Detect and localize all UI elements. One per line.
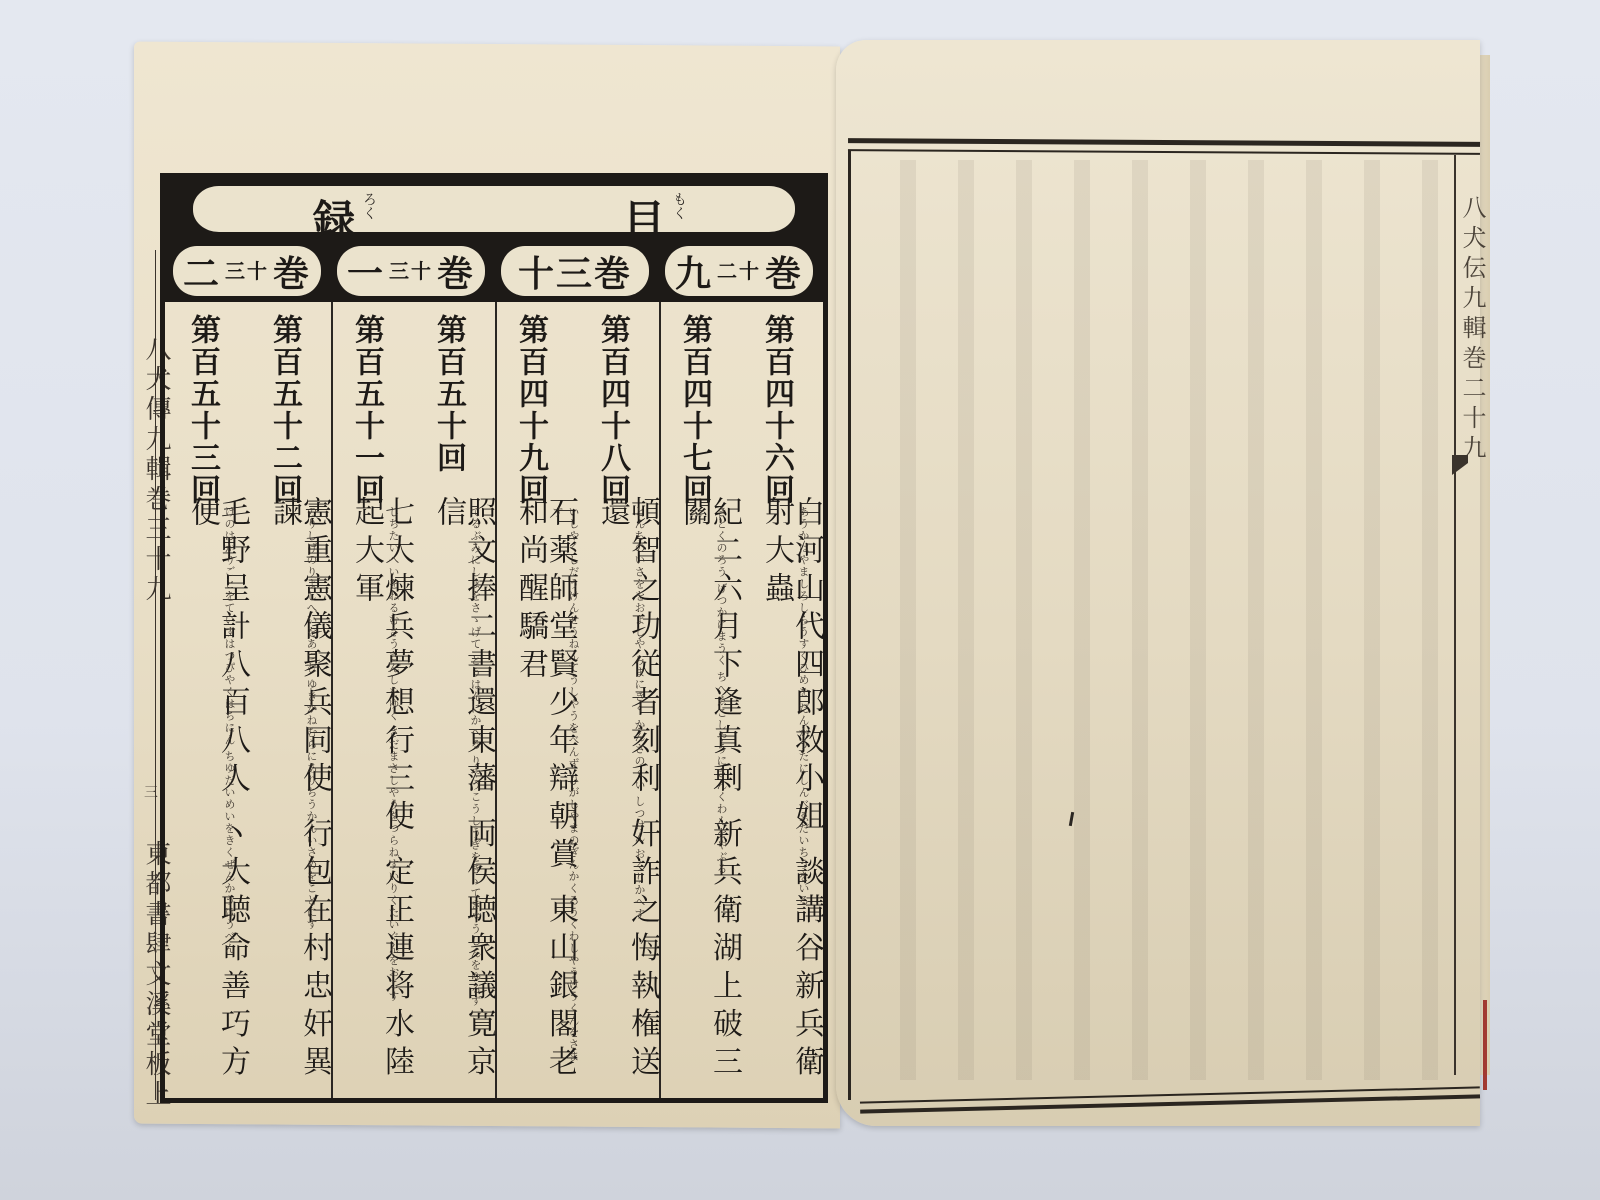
vol-char: 三十 (225, 262, 269, 280)
volume-label-30: 十 三 巻 (501, 246, 649, 296)
volume-32-chapters: 第百五十二回 憲重憲儀聚兵同使 行包在村忠奸異諫 のりしげのりよしへいをあつむ … (169, 306, 333, 1098)
chapter-147: 第百四十七回 紀二六月下逢真剰 新兵衛湖上破三關 きとくのろう げつかにまうく … (661, 306, 743, 1098)
volume-31-chapters: 第百五十回 照文捧二書還東藩 両侯聴衆議寛京信 てるぶみにしよをさゝげて とうは… (333, 306, 497, 1098)
chapter-number: 第百四十八回 (597, 314, 627, 506)
chapter-number: 第百四十九回 (515, 314, 545, 506)
vol-char: 二十 (717, 262, 761, 280)
chapter-title: 白河山代四郎救小姐 談講谷新兵衛射大蟲 (761, 496, 821, 1098)
title-char-moku: 目 (623, 188, 665, 248)
title-ruby-roku: ろく (359, 192, 379, 220)
vol-char: 巻 (273, 246, 311, 297)
chapter-152: 第百五十二回 憲重憲儀聚兵同使 行包在村忠奸異諫 のりしげのりよしへいをあつむ … (251, 306, 333, 1098)
chapter-number: 第百五十三回 (187, 314, 217, 506)
chapter-title: 毛野呈計八百八人 丶大聴命善巧方便 (187, 496, 247, 1098)
title-ruby-moku: もく (669, 192, 689, 220)
page-number: 三 (144, 782, 158, 802)
vol-char: 三十 (389, 262, 433, 280)
scroll-ornament-icon: § (771, 200, 791, 230)
chapter-number: 第百五十二回 (269, 314, 299, 506)
title-cartouche: § 目 もく 録 ろく § (193, 186, 795, 232)
vol-char: 巻 (765, 246, 803, 297)
vol-char: 九 (675, 246, 713, 297)
chapter-ruby: しちたいへいをねるむさうさんしをゆく さだまさしやうをつらねすいりくたいぐんをお… (385, 506, 401, 1066)
chapter-title: 七大煉兵夢想行三使 定正連将水陸起大軍 (351, 496, 411, 1098)
chapter-ruby: てるぶみにしよをさゝげて とうはんにかへる りやうこうしうぎをきゝてきやうしんを… (467, 506, 483, 1066)
chapter-153: 第百五十三回 毛野呈計八百八人 丶大聴命善巧方便 けのはかりごとをていすはつぴや… (169, 306, 251, 1098)
chapter-title: 紀二六月下逢真剰 新兵衛湖上破三關 (679, 496, 739, 1098)
vol-char: 三 (556, 246, 594, 297)
red-page-edge (1483, 1000, 1487, 1090)
vol-char: 十 (518, 246, 556, 297)
chapter-number: 第百五十一回 (351, 314, 381, 506)
chapter-151: 第百五十一回 七大煉兵夢想行三使 定正連将水陸起大軍 しちたいへいをねるむさうさ… (333, 306, 415, 1098)
table-of-contents-frame: § 目 もく 録 ろく § 九 二十 巻 十 三 巻 一 三十 巻 二 三十 巻 (160, 173, 828, 1103)
chapter-148: 第百四十八回 頓智之功従者刻利 奸詐之悔執権送還 とんちのいさををおよしや みま… (579, 306, 661, 1098)
chapter-title: 頓智之功従者刻利 奸詐之悔執権送還 (597, 496, 657, 1098)
volume-header-band: 九 二十 巻 十 三 巻 一 三十 巻 二 三十 巻 (165, 240, 823, 302)
left-border-rule (848, 150, 851, 1100)
show-through-text (870, 160, 1440, 1080)
chapter-146: 第百四十六回 白河山代四郎救小姐 談講谷新兵衛射大蟲 あうかはやましろしらうすく… (743, 306, 825, 1098)
vol-char: 二 (183, 246, 221, 297)
vol-char: 一 (347, 246, 385, 297)
chapter-ruby: けのはかりごとをていすはつぴやくはちにん ちゆだいめいをきくぜんかうはうべん (221, 506, 237, 1066)
chapter-ruby: あうかはやましろしらうすくひめを だんかうたにしんべゑだいちうをいる (795, 506, 811, 1066)
chapter-number: 第百四十六回 (761, 314, 791, 506)
volume-label-29: 九 二十 巻 (665, 246, 813, 296)
volume-label-31: 一 三十 巻 (337, 246, 485, 296)
volume-30-chapters: 第百四十八回 頓智之功従者刻利 奸詐之悔執権送還 とんちのいさををおよしや みま… (497, 306, 661, 1098)
volume-label-32: 二 三十 巻 (173, 246, 321, 296)
chapter-title: 照文捧二書還東藩 両侯聴衆議寛京信 (433, 496, 493, 1098)
title-band: § 目 もく 録 ろく § (165, 178, 823, 240)
chapter-150: 第百五十回 照文捧二書還東藩 両侯聴衆議寛京信 てるぶみにしよをさゝげて とうは… (415, 306, 497, 1098)
chapter-ruby: きとくのろう げつかにまうく ちへゑこしやうにさんくわんをやぶる (713, 506, 729, 1066)
volume-29-chapters: 第百四十六回 白河山代四郎救小姐 談講谷新兵衛射大蟲 あうかはやましろしらうすく… (661, 306, 825, 1098)
vol-char: 巻 (437, 246, 475, 297)
scroll-ornament-icon: § (197, 200, 217, 230)
right-margin-title: 八犬伝九輯巻二十九 (1455, 195, 1490, 465)
chapter-number: 第百四十七回 (679, 314, 709, 506)
chapter-ruby: とんちのいさををおよしや みまにきく かんさのくい しつけん おくりかへす (631, 506, 647, 1066)
chapter-number: 第百五十回 (433, 314, 463, 474)
vol-char: 巻 (594, 246, 632, 297)
chapter-ruby: のりしげのりよしへいをあつむ ゆきかねむらにありちうかんいさめをことにす (303, 506, 319, 1066)
chapter-149: 第百四十九回 石薬師堂賢少年辯朝賞 東山銀閣老和尚醒驕君 いしやくしだうけんせう… (497, 306, 579, 1098)
chapter-title: 憲重憲儀聚兵同使 行包在村忠奸異諫 (269, 496, 329, 1098)
chapter-ruby: いしやくしだうけんせうねんてうしやうをべんず ひがしやまのぎんかくろうくわしやう… (549, 506, 581, 1066)
title-char-roku: 録 (313, 188, 355, 248)
